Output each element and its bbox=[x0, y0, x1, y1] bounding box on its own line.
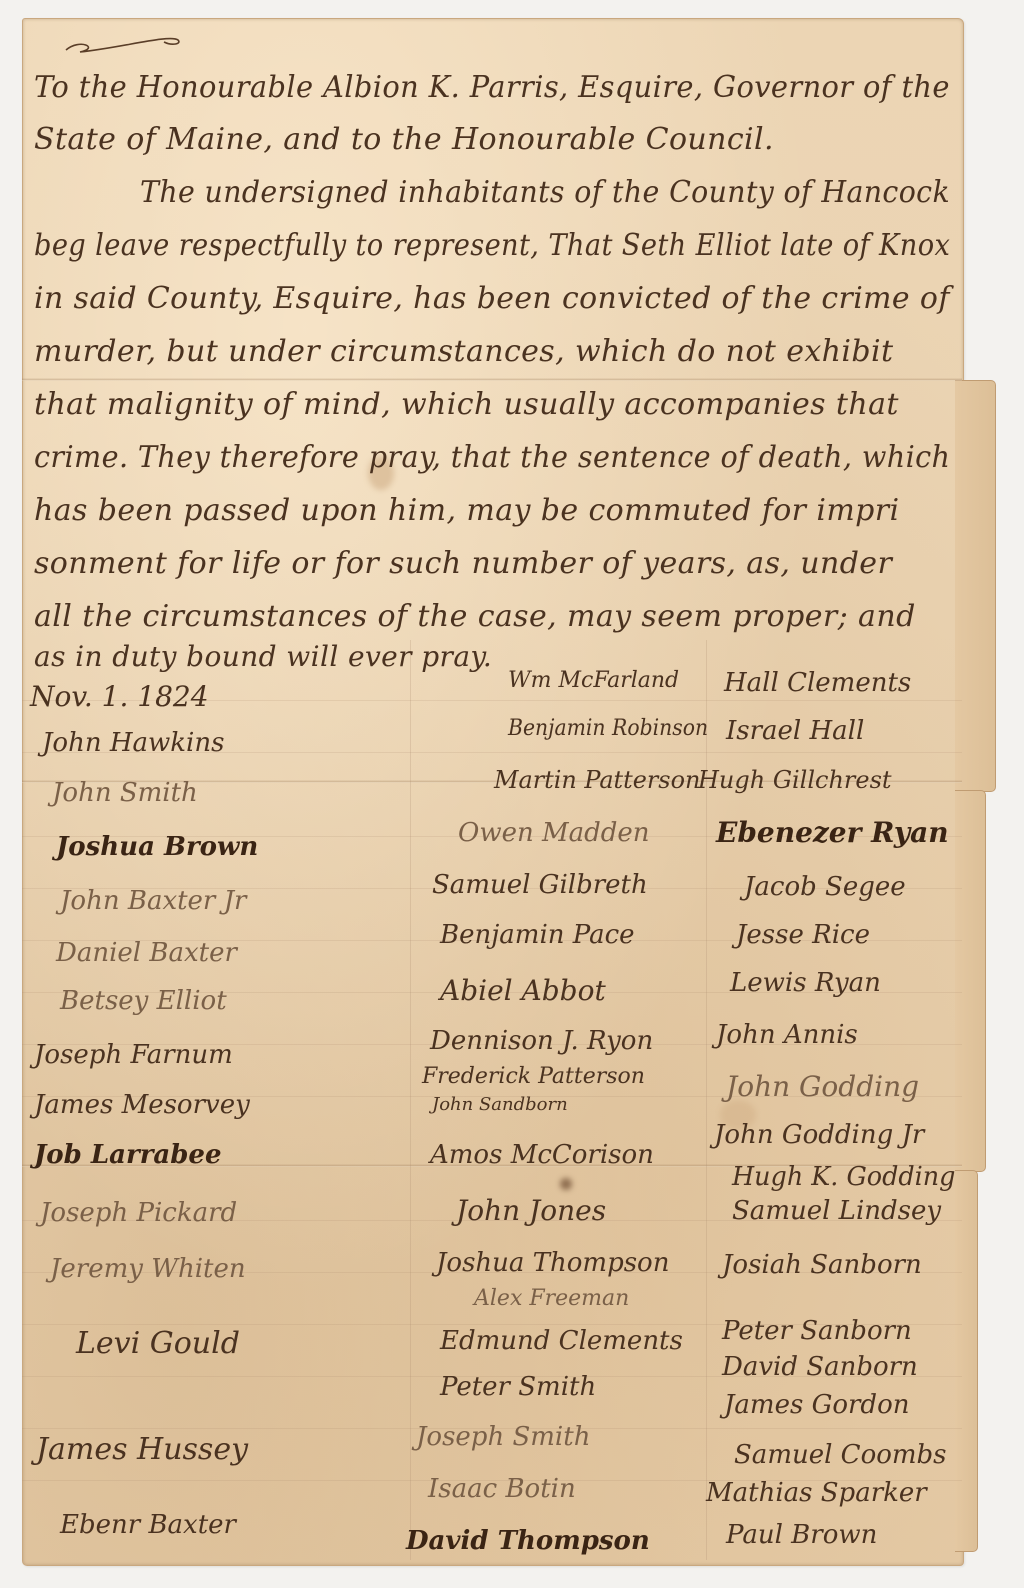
signature: Abiel Abbot bbox=[440, 974, 606, 1007]
signature: Jeremy Whiten bbox=[50, 1254, 246, 1284]
signature: Martin Patterson bbox=[494, 766, 700, 794]
petition-line: murder, but under circumstances, which d… bbox=[34, 334, 893, 369]
signature: Peter Smith bbox=[440, 1372, 596, 1402]
paper-flap-edge bbox=[955, 790, 986, 1172]
signature: Samuel Coombs bbox=[734, 1440, 947, 1470]
signature: John Baxter Jr bbox=[60, 886, 246, 916]
signature: Samuel Gilbreth bbox=[432, 870, 648, 900]
signature: Hugh Gillchrest bbox=[698, 766, 892, 794]
signature: Joshua Brown bbox=[56, 832, 258, 862]
signature: Frederick Patterson bbox=[422, 1064, 645, 1089]
petition-line: beg leave respectfully to represent, Tha… bbox=[34, 228, 950, 263]
signature: David Sanborn bbox=[722, 1352, 918, 1382]
signature: Betsey Elliot bbox=[60, 986, 227, 1016]
signature: John Sandborn bbox=[432, 1094, 568, 1115]
signature: Lewis Ryan bbox=[730, 968, 881, 998]
petition-line: State of Maine, and to the Honourable Co… bbox=[34, 122, 774, 157]
signature: Wm McFarland bbox=[508, 668, 679, 693]
signature: John Jones bbox=[456, 1194, 606, 1227]
signature: John Godding bbox=[726, 1070, 919, 1103]
signature: Levi Gould bbox=[76, 1326, 240, 1361]
column-rule bbox=[410, 640, 411, 1560]
signature: John Annis bbox=[716, 1020, 858, 1050]
signature: Owen Madden bbox=[458, 818, 650, 848]
signature: Jesse Rice bbox=[736, 920, 870, 950]
signature: Isaac Botin bbox=[428, 1474, 576, 1504]
signature: Hall Clements bbox=[724, 668, 911, 698]
signature: Joshua Thompson bbox=[436, 1248, 669, 1278]
petition-line: To the Honourable Albion K. Parris, Esqu… bbox=[34, 70, 950, 105]
signature: Benjamin Robinson bbox=[508, 716, 708, 741]
signature: James Gordon bbox=[724, 1390, 909, 1420]
petition-line: as in duty bound will ever pray. bbox=[34, 640, 492, 673]
signature: Amos McCorison bbox=[430, 1140, 654, 1170]
signature: John Godding Jr bbox=[714, 1120, 924, 1150]
signature: Ebenezer Ryan bbox=[716, 816, 949, 849]
signature: Samuel Lindsey bbox=[732, 1196, 941, 1226]
petition-line: that malignity of mind, which usually ac… bbox=[34, 387, 899, 422]
signature: Israel Hall bbox=[726, 716, 864, 746]
paper-flap-edge bbox=[955, 1170, 978, 1552]
signature: David Thompson bbox=[406, 1526, 650, 1556]
signature: James Hussey bbox=[36, 1432, 248, 1467]
petition-date: Nov. 1. 1824 bbox=[30, 680, 209, 713]
petition-line: all the circumstances of the case, may s… bbox=[34, 599, 916, 634]
paper-flap-edge bbox=[955, 380, 996, 792]
signature: Joseph Pickard bbox=[40, 1198, 237, 1228]
signature: Joseph Farnum bbox=[34, 1040, 233, 1070]
signature: Hugh K. Godding bbox=[732, 1162, 955, 1192]
signature: Dennison J. Ryon bbox=[430, 1026, 653, 1056]
signature: Daniel Baxter bbox=[56, 938, 237, 968]
signature: Paul Brown bbox=[726, 1520, 877, 1550]
signature: Edmund Clements bbox=[440, 1326, 683, 1356]
fold-line bbox=[22, 378, 962, 381]
petition-line: sonment for life or for such number of y… bbox=[34, 546, 892, 581]
ink-blot bbox=[560, 1178, 572, 1190]
petition-line: The undersigned inhabitants of the Count… bbox=[140, 175, 950, 210]
petition-line: has been passed upon him, may be commute… bbox=[34, 493, 900, 528]
flourish-icon bbox=[60, 28, 190, 58]
signature: James Mesorvey bbox=[34, 1090, 250, 1120]
signature: John Smith bbox=[52, 778, 198, 808]
signature: Jacob Segee bbox=[744, 872, 906, 902]
petition-line: crime. They therefore pray, that the sen… bbox=[34, 440, 950, 475]
petition-line: in said County, Esquire, has been convic… bbox=[34, 281, 950, 316]
signature: Ebenr Baxter bbox=[60, 1510, 236, 1540]
signature: Alex Freeman bbox=[474, 1286, 629, 1311]
signature: Joseph Smith bbox=[416, 1422, 590, 1452]
signature: Peter Sanborn bbox=[722, 1316, 912, 1346]
signature: Mathias Sparker bbox=[706, 1478, 927, 1508]
signature: Benjamin Pace bbox=[440, 920, 635, 950]
signature: Job Larrabee bbox=[34, 1140, 222, 1170]
signature: Josiah Sanborn bbox=[722, 1250, 922, 1280]
signature: John Hawkins bbox=[42, 728, 224, 758]
